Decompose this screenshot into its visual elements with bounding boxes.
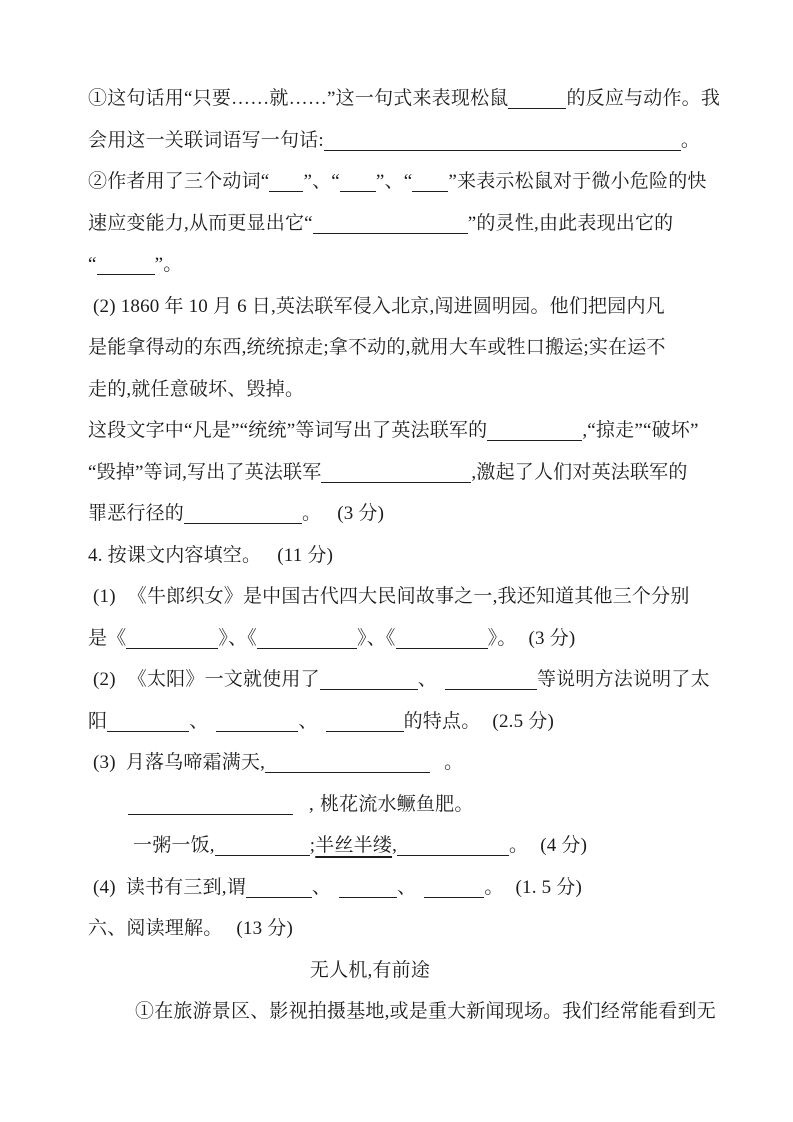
- question-4-3-line-2: ,桃花流水鳜鱼肥。: [88, 784, 716, 826]
- text-run: 阳: [88, 711, 107, 732]
- text-run: ”。: [155, 254, 183, 275]
- spacer: [416, 891, 424, 893]
- text-run: ,“掠走”“破坏”: [582, 420, 698, 441]
- spacer: [116, 766, 126, 768]
- text-run: 走的,就任意破坏、毁掉。: [88, 379, 304, 400]
- text-run: 无人机,有前途: [310, 960, 430, 981]
- text-run: 桃花流水鳜鱼肥。: [320, 794, 474, 815]
- question-4-1-line-2: 是《》、《》、《》。(3 分): [88, 618, 716, 660]
- text-run: (4): [93, 877, 116, 898]
- section-6-header: 六、阅读理解。(13 分): [88, 908, 716, 950]
- spacer: [480, 725, 492, 727]
- question-4-2-line-1: (2)《太阳》一文就使用了、等说明方法说明了太: [88, 659, 716, 701]
- spacer: [116, 683, 128, 685]
- text-run: ”、“: [303, 171, 339, 192]
- passage-2-analysis-line-1: 这段文字中“凡是”“统统”等词写出了英法联军的,“掠走”“破坏”: [88, 410, 716, 452]
- text-run: 。: [484, 877, 503, 898]
- text-run: ①在旅游景区、影视拍摄基地,或是重大新闻现场。我们经常能看到无: [135, 1001, 716, 1022]
- fill-in-blank: [126, 628, 218, 649]
- text-run: (3 分): [529, 628, 576, 649]
- text-run: 速应变能力,从而更显出它“: [88, 213, 313, 234]
- text-run: (4 分): [540, 835, 587, 856]
- fill-in-blank: [339, 877, 397, 898]
- sub-question-1-line-2: 会用这一关联词语写一句话:。: [88, 120, 716, 162]
- spacer: [517, 642, 529, 644]
- fill-in-blank: [216, 711, 298, 732]
- sub-question-2-line-3: “”。: [88, 244, 716, 286]
- text-run: (1. 5 分): [516, 877, 583, 898]
- text-run: ”来表示松鼠对于微小危险的快: [448, 171, 706, 192]
- text-run: 》、《: [218, 628, 257, 649]
- text-run: (1): [93, 586, 116, 607]
- document-content: ①这句话用“只要……就……”这一句式来表现松鼠的反应与动作。我会用这一关联词语写…: [88, 78, 716, 1033]
- fill-in-blank: [107, 711, 189, 732]
- spacer: [116, 600, 128, 602]
- text-run: ①这句话用“只要……就……”这一句式来表现松鼠: [88, 88, 508, 109]
- text-run: (2.5 分): [492, 711, 554, 732]
- text-run: 、: [298, 711, 317, 732]
- text-run: 。: [681, 130, 700, 151]
- text-run: 的反应与动作。我: [566, 88, 720, 109]
- question-4-3-line-1: (3)月落乌啼霜满天,。: [88, 742, 716, 784]
- passage-2-line-1: (2) 1860 年 10 月 6 日,英法联军侵入北京,闯进圆明园。他们把园内…: [88, 286, 716, 328]
- fill-in-blank: [340, 171, 376, 192]
- fill-in-blank: [320, 669, 418, 690]
- fill-in-blank: [313, 213, 468, 234]
- fill-in-blank: [508, 88, 566, 109]
- reading-paragraph-1-line-1: ①在旅游景区、影视拍摄基地,或是重大新闻现场。我们经常能看到无: [88, 991, 716, 1033]
- fill-in-blank: [396, 628, 488, 649]
- text-run: 《太阳》一文就使用了: [128, 669, 320, 690]
- fill-in-blank: [215, 835, 310, 856]
- text-run: ”的灵性,由此表现出它的: [468, 213, 674, 234]
- text-run: (3 分): [337, 503, 384, 524]
- text-run: (3): [93, 752, 116, 773]
- fill-in-blank: [97, 254, 155, 275]
- spacer: [222, 932, 236, 934]
- spacer: [318, 725, 326, 727]
- text-run: “毁掉”等词,写出了英法联军: [88, 462, 321, 483]
- text-run: 读书有三到,谓: [126, 877, 246, 898]
- sub-question-2-line-2: 速应变能力,从而更显出它“”的灵性,由此表现出它的: [88, 203, 716, 245]
- reading-title: 无人机,有前途: [88, 950, 716, 992]
- text-run: (2): [93, 669, 116, 690]
- spacer: [430, 766, 444, 768]
- text-run: 。: [509, 835, 528, 856]
- text-run: 。: [302, 503, 321, 524]
- text-run: 一粥一饭,: [133, 835, 215, 856]
- fill-in-blank: [424, 877, 484, 898]
- text-run: ②作者用了三个动词“: [88, 171, 269, 192]
- text-run: ,: [309, 794, 314, 815]
- text-run: 罪恶行径的: [88, 503, 184, 524]
- fill-in-blank: [265, 752, 430, 773]
- fill-in-blank: [445, 669, 537, 690]
- spacer: [437, 683, 445, 685]
- fill-in-blank: [324, 130, 681, 151]
- question-4-3-line-3: 一粥一饭,;半丝半缕,。(4 分): [88, 825, 716, 867]
- spacer: [321, 517, 337, 519]
- spacer: [116, 891, 126, 893]
- fill-in-blank: [326, 711, 404, 732]
- text-run: 、: [312, 877, 331, 898]
- text-run: (2) 1860 年 10 月 6 日,英法联军侵入北京,闯进圆明园。他们把园内…: [93, 296, 665, 317]
- passage-2-analysis-line-3: 罪恶行径的。(3 分): [88, 493, 716, 535]
- question-4-4-line: (4)读书有三到,谓、、。(1. 5 分): [88, 867, 716, 909]
- text-run: ”、“: [376, 171, 412, 192]
- spacer: [208, 725, 216, 727]
- text-run: 。: [444, 752, 463, 773]
- passage-2-line-2: 是能拿得动的东西,统统掠走;拿不动的,就用大车或牲口搬运;实在运不: [88, 327, 716, 369]
- text-run: 、: [418, 669, 437, 690]
- text-run: 是《: [88, 628, 126, 649]
- text-run: (13 分): [236, 918, 293, 939]
- text-run: 这段文字中“凡是”“统统”等词写出了英法联军的: [88, 420, 487, 441]
- text-run: 》。: [488, 628, 517, 649]
- text-run: 会用这一关联词语写一句话:: [88, 130, 324, 151]
- fill-in-blank: [246, 877, 312, 898]
- text-run: 六、阅读理解。: [88, 918, 222, 939]
- spacer: [293, 808, 309, 810]
- text-run: 》、《: [357, 628, 396, 649]
- text-run: 、: [397, 877, 416, 898]
- fill-in-blank: [487, 420, 582, 441]
- exam-page: ①这句话用“只要……就……”这一句式来表现松鼠的反应与动作。我会用这一关联词语写…: [0, 0, 793, 1122]
- text-run: 、: [189, 711, 208, 732]
- spacer: [261, 559, 277, 561]
- text-run: 4. 按课文内容填空。: [88, 545, 261, 566]
- text-run: 的特点。: [404, 711, 481, 732]
- text-run: 是能拿得动的东西,统统掠走;拿不动的,就用大车或牲口搬运;实在运不: [88, 337, 666, 358]
- passage-2-analysis-line-2: “毁掉”等词,写出了英法联军,激起了人们对英法联军的: [88, 452, 716, 494]
- sub-question-1-line-1: ①这句话用“只要……就……”这一句式来表现松鼠的反应与动作。我: [88, 78, 716, 120]
- fill-in-blank: [397, 835, 509, 856]
- text-run: “: [88, 254, 97, 275]
- underlined-text: 半丝半缕: [315, 835, 392, 856]
- spacer: [504, 891, 516, 893]
- question-4-2-line-2: 阳、、的特点。(2.5 分): [88, 701, 716, 743]
- question-4-header: 4. 按课文内容填空。(11 分): [88, 535, 716, 577]
- spacer: [331, 891, 339, 893]
- fill-in-blank: [128, 794, 293, 815]
- sub-question-2-line-1: ②作者用了三个动词“”、“”、“”来表示松鼠对于微小危险的快: [88, 161, 716, 203]
- fill-in-blank: [257, 628, 357, 649]
- spacer: [528, 849, 540, 851]
- passage-2-line-3: 走的,就任意破坏、毁掉。: [88, 369, 716, 411]
- question-4-1-line-1: (1)《牛郎织女》是中国古代四大民间故事之一,我还知道其他三个分别: [88, 576, 716, 618]
- text-run: 等说明方法说明了太: [537, 669, 710, 690]
- text-run: ,激起了人们对英法联军的: [471, 462, 687, 483]
- text-run: (11 分): [277, 545, 333, 566]
- fill-in-blank: [412, 171, 448, 192]
- text-run: 《牛郎织女》是中国古代四大民间故事之一,我还知道其他三个分别: [128, 586, 690, 607]
- fill-in-blank: [269, 171, 303, 192]
- text-run: 月落乌啼霜满天,: [126, 752, 265, 773]
- fill-in-blank: [321, 462, 471, 483]
- fill-in-blank: [184, 503, 302, 524]
